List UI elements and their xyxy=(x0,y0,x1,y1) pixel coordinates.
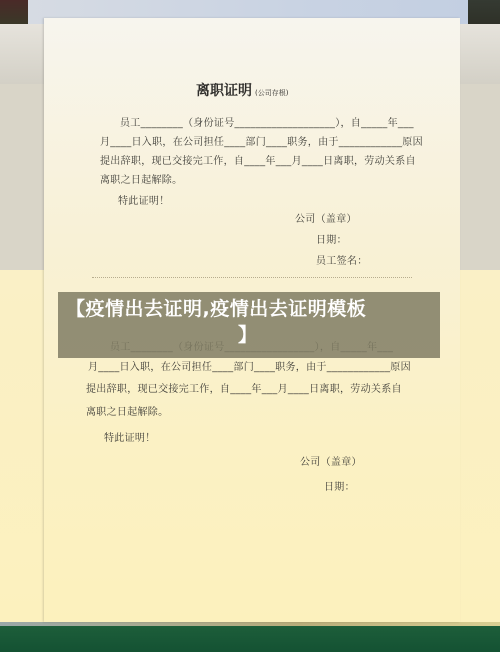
company-seal-label: 公司（盖章） xyxy=(295,210,357,225)
paragraph-line-1: 员工________（身份证号___________________），自___… xyxy=(120,114,414,129)
company-seal-label-copy: 公司（盖章） xyxy=(300,453,362,468)
closing-text: 特此证明！ xyxy=(118,192,170,207)
paragraph-line-4-copy: 离职之日起解除。 xyxy=(86,403,168,418)
closing-text-copy: 特此证明！ xyxy=(104,429,156,444)
title-text: 离职证明 xyxy=(196,83,252,99)
paragraph-line-2-copy: 月____日入职，在公司担任____部门____职务，由于___________… xyxy=(88,358,411,373)
green-cutting-mat xyxy=(0,626,500,652)
caption-line-1: 【疫情出去证明,疫情出去证明模板 xyxy=(66,296,436,322)
paragraph-line-2: 月____日入职，在公司担任____部门____职务，由于___________… xyxy=(100,133,423,148)
date-label-copy: 日期： xyxy=(324,478,355,493)
tear-line xyxy=(92,277,412,278)
caption-line-2: 】 xyxy=(66,322,436,348)
title-subtitle: (公司存根) xyxy=(255,89,288,97)
photo-scene: 离职证明(公司存根) 员工________（身份证号______________… xyxy=(0,0,500,652)
document-title: 离职证明(公司存根) xyxy=(196,80,288,100)
paragraph-line-3-copy: 提出辞职，现已交接完工作，自____年___月____日离职，劳动关系自 xyxy=(86,380,402,395)
date-label: 日期： xyxy=(316,231,347,246)
paragraph-line-3: 提出辞职，现已交接完工作，自____年___月____日离职，劳动关系自 xyxy=(100,152,416,167)
paragraph-line-4: 离职之日起解除。 xyxy=(100,171,182,186)
employee-signature-label: 员工签名： xyxy=(316,252,368,267)
caption-banner-title: 【疫情出去证明,疫情出去证明模板 】 xyxy=(66,296,436,348)
background-corner-left xyxy=(0,0,30,24)
